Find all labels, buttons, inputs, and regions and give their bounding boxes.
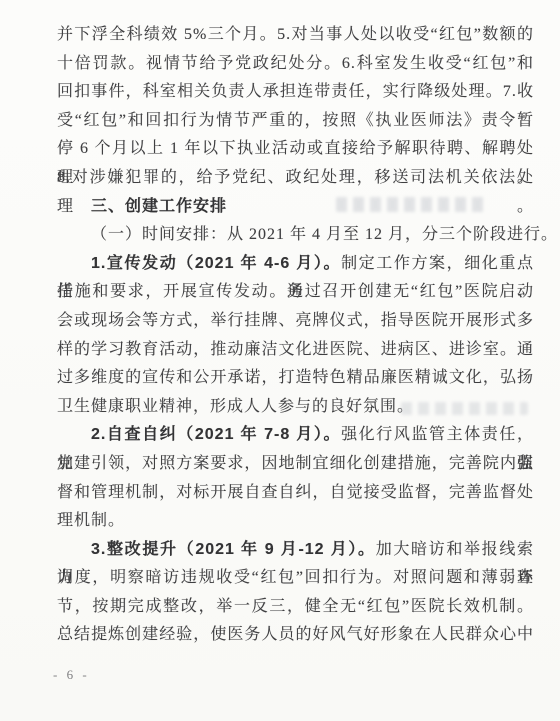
document-line: 十倍罚款。视情节给予党政纪处分。6.科室发生收受“红包”和 — [57, 50, 534, 79]
text-run: 党建引领，对照方案要求，因地制宜细化创建措施，完善院内监 — [57, 455, 534, 472]
document-line: 督和管理机制，对标开展自查自纠，自觉接受监督，完善监督处 — [57, 479, 534, 508]
text-run: 力度，明察暗访违规收受“红包”回扣行为。对照问题和薄弱环 — [57, 569, 534, 586]
document-line: 样的学习教育活动，推动廉洁文化进医院、进病区、进诊室。通 — [57, 336, 534, 365]
text-run: 总结提炼创建经验，使医务人员的好风气好形象在人民群众心中 — [57, 626, 534, 643]
document-line: 8.对涉嫌犯罪的，给予党纪、政纪处理，移送司法机关依法处理。 — [57, 164, 534, 193]
bold-text-run: 1.宣传发动（2021 年 4-6 月）。 — [91, 255, 341, 272]
text-run: 回扣事件，科室相关负责人承担连带责任，实行降级处理。7.收 — [57, 83, 534, 100]
document-line: 措施和要求，开展宣传发动。通过召开创建无“红包”医院启动 — [57, 278, 534, 307]
text-run: 督和管理机制，对标开展自查自纠，自觉接受监督，完善监督处 — [57, 484, 534, 501]
text-run: 节，按期完成整改，举一反三，健全无“红包”医院长效机制。 — [57, 598, 534, 615]
bold-text-run: 3.整改提升（2021 年 9 月-12 月）。 — [91, 541, 376, 558]
document-body: 并下浮全科绩效 5%三个月。5.对当事人处以收受“红包”数额的十倍罚款。视情节给… — [57, 21, 534, 650]
text-run: 十倍罚款。视情节给予党政纪处分。6.科室发生收受“红包”和 — [57, 55, 534, 72]
text-run: 受“红包”和回扣行为情节严重的，按照《执业医师法》责令暂 — [57, 112, 534, 129]
scanned-document-page: 并下浮全科绩效 5%三个月。5.对当事人处以收受“红包”数额的十倍罚款。视情节给… — [0, 0, 560, 721]
text-run: 措施和要求，开展宣传发动。通过召开创建无“红包”医院启动 — [57, 283, 534, 300]
document-line: 并下浮全科绩效 5%三个月。5.对当事人处以收受“红包”数额的 — [57, 21, 534, 50]
text-run: 卫生健康职业精神，形成人人参与的良好氛围。 — [57, 398, 414, 415]
document-line: 总结提炼创建经验，使医务人员的好风气好形象在人民群众心中 — [57, 621, 534, 650]
text-run: 理机制。 — [57, 512, 125, 529]
document-line: （一）时间安排：从 2021 年 4 月至 12 月，分三个阶段进行。 — [57, 221, 534, 250]
text-run: 过多维度的宣传和公开承诺，打造特色精品廉医精诚文化，弘扬 — [57, 369, 534, 386]
bleedthrough-ghost-text — [336, 197, 484, 212]
text-run: 并下浮全科绩效 5%三个月。5.对当事人处以收受“红包”数额的 — [57, 26, 534, 43]
text-run: 三、创建工作安排 — [91, 198, 227, 215]
text-run: 样的学习教育活动，推动廉洁文化进医院、进病区、进诊室。通 — [57, 341, 534, 358]
bold-text-run: 2.自查自纠（2021 年 7-8 月）。 — [91, 426, 341, 443]
document-line: 停 6 个月以上 1 年以下执业活动或直接给予解职待聘、解聘处理。 — [57, 135, 534, 164]
document-line: 力度，明察暗访违规收受“红包”回扣行为。对照问题和薄弱环 — [57, 564, 534, 593]
bleedthrough-ghost-text — [401, 402, 528, 415]
document-line: 节，按期完成整改，举一反三，健全无“红包”医院长效机制。 — [57, 593, 534, 622]
document-line: 1.宣传发动（2021 年 4-6 月）。制定工作方案，细化重点任务、 — [57, 250, 534, 279]
document-line: 党建引领，对照方案要求，因地制宜细化创建措施，完善院内监 — [57, 450, 534, 479]
document-line: 3.整改提升（2021 年 9 月-12 月）。加大暗访和举报线索调查 — [57, 536, 534, 565]
document-line: 会或现场会等方式，举行挂牌、亮牌仪式，指导医院开展形式多 — [57, 307, 534, 336]
page-number: - 6 - — [53, 667, 90, 683]
document-line: 理机制。 — [57, 507, 534, 536]
document-line: 回扣事件，科室相关负责人承担连带责任，实行降级处理。7.收 — [57, 78, 534, 107]
document-line: 2.自查自纠（2021 年 7-8 月）。强化行风监管主体责任，加强 — [57, 421, 534, 450]
text-run: （一）时间安排：从 2021 年 4 月至 12 月，分三个阶段进行。 — [91, 226, 558, 243]
text-run: 会或现场会等方式，举行挂牌、亮牌仪式，指导医院开展形式多 — [57, 312, 534, 329]
document-line: 过多维度的宣传和公开承诺，打造特色精品廉医精诚文化，弘扬 — [57, 364, 534, 393]
document-line: 受“红包”和回扣行为情节严重的，按照《执业医师法》责令暂 — [57, 107, 534, 136]
